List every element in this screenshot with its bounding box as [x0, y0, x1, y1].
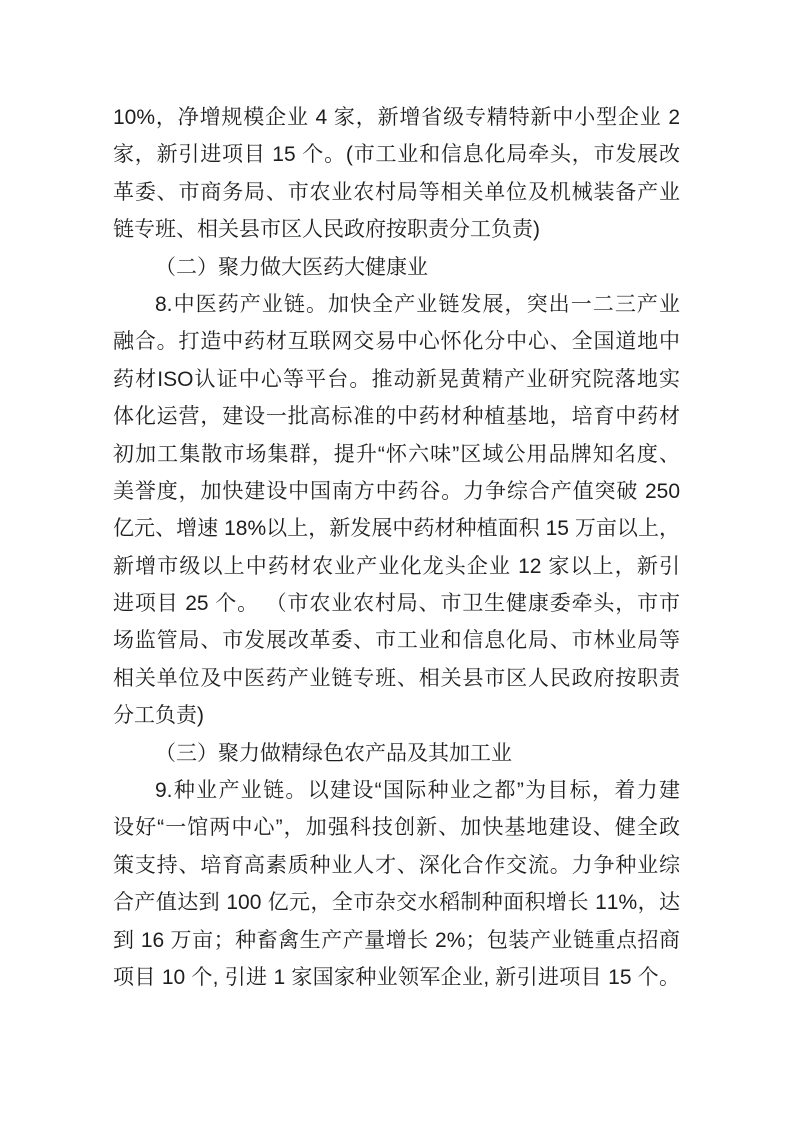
text-line: 项目 10 个, 引进 1 家国家种业领军企业, 新引进项目 15 个。: [113, 959, 680, 996]
text-line: 药材ISO认证中心等平台。推动新晃黄精产业研究院落地实: [113, 361, 680, 398]
text-line: 美誉度，加快建设中国南方中药谷。力争综合产值突破 250: [113, 473, 680, 510]
document-text-block: 10%，净增规模企业 4 家，新增省级专精特新中小型企业 2家，新引进项目 15…: [113, 99, 680, 996]
text-line: 场监管局、市发展改革委、市工业和信息化局、市林业局等: [113, 622, 680, 659]
text-line: 合产值达到 100 亿元，全市杂交水稻制种面积增长 11%，达: [113, 884, 680, 921]
text-line: 体化运营，建设一批高标准的中药材种植基地，培育中药材: [113, 398, 680, 435]
text-line: 分工负责): [113, 697, 680, 734]
text-line: 策支持、培育高素质种业人才、深化合作交流。力争种业综: [113, 847, 680, 884]
text-line: 相关单位及中医药产业链专班、相关县市区人民政府按职责: [113, 660, 680, 697]
text-line: 链专班、相关县市区人民政府按职责分工负责): [113, 211, 680, 248]
text-line: 亿元、增速 18%以上，新发展中药材种植面积 15 万亩以上，: [113, 510, 680, 547]
text-line: 融合。打造中药材互联网交易中心怀化分中心、全国道地中: [113, 323, 680, 360]
text-line: 初加工集散市场集群，提升“怀六味”区域公用品牌知名度、: [113, 436, 680, 473]
text-line: 革委、市商务局、市农业农村局等相关单位及机械装备产业: [113, 174, 680, 211]
text-line: 新增市级以上中药材农业产业化龙头企业 12 家以上，新引: [113, 548, 680, 585]
text-line: 到 16 万亩；种畜禽生产产量增长 2%；包装产业链重点招商: [113, 922, 680, 959]
document-page: 10%，净增规模企业 4 家，新增省级专精特新中小型企业 2家，新引进项目 15…: [0, 0, 793, 1122]
section-heading: （三）聚力做精绿色农产品及其加工业: [113, 735, 680, 772]
text-line: 10%，净增规模企业 4 家，新增省级专精特新中小型企业 2: [113, 99, 680, 136]
text-line: 进项目 25 个。 （市农业农村局、市卫生健康委牵头，市市: [113, 585, 680, 622]
text-line: 设好“一馆两中心”，加强科技创新、加快基地建设、健全政: [113, 809, 680, 846]
text-line: 家，新引进项目 15 个。(市工业和信息化局牵头，市发展改: [113, 136, 680, 173]
section-heading: （二）聚力做大医药大健康业: [113, 249, 680, 286]
text-line: 8.中医药产业链。加快全产业链发展，突出一二三产业: [113, 286, 680, 323]
text-line: 9.种业产业链。以建设“国际种业之都”为目标，着力建: [113, 772, 680, 809]
